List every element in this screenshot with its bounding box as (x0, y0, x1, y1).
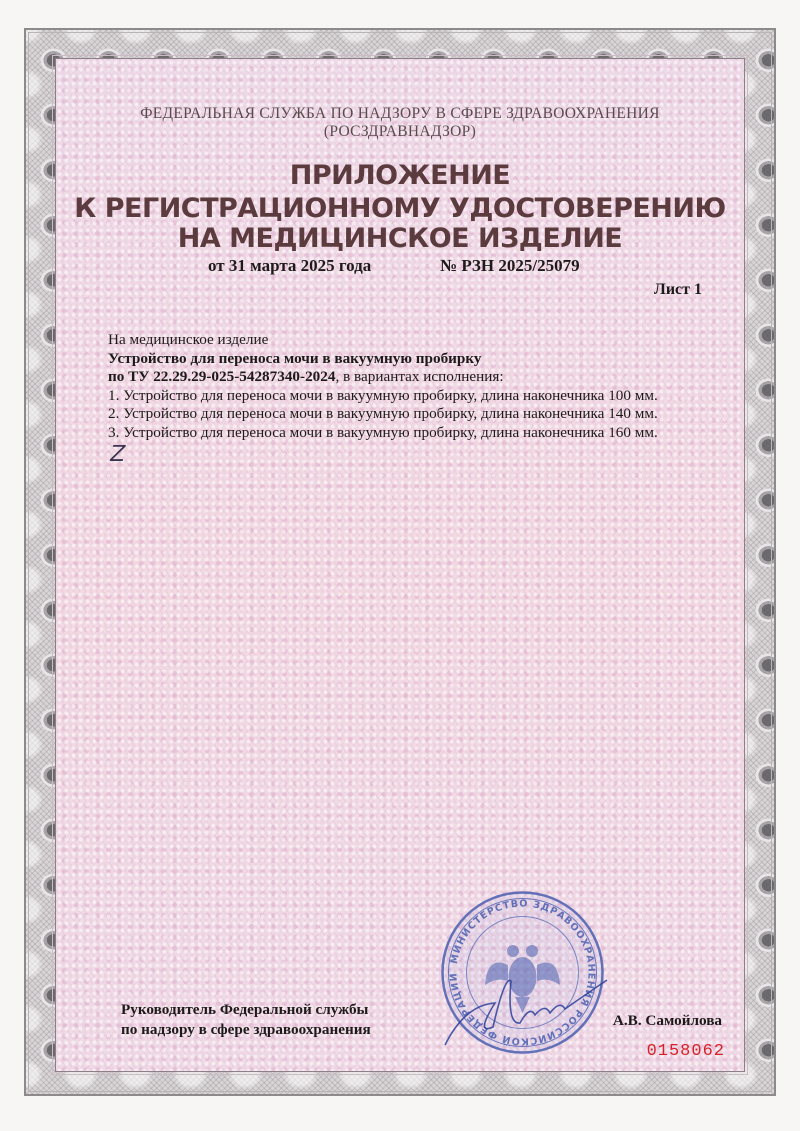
variant-item: 2. Устройство для переноса мочи в вакуум… (108, 405, 728, 424)
signatory-position-line1: Руководитель Федеральной службы (121, 1000, 371, 1020)
official-stamp-icon: МИНИСТЕРСТВО ЗДРАВООХРАНЕНИЯ РОССИЙСКОЙ … (435, 885, 610, 1060)
agency-abbreviation: (РОСЗДРАВНАДЗОР) (0, 122, 800, 142)
agency-name: ФЕДЕРАЛЬНАЯ СЛУЖБА ПО НАДЗОРУ В СФЕРЕ ЗД… (0, 104, 800, 124)
document-body: На медицинское изделие Устройство для пе… (108, 331, 728, 442)
document-title-line3: НА МЕДИЦИНСКОЕ ИЗДЕЛИЕ (0, 223, 800, 255)
issue-date: от 31 марта 2025 года (208, 256, 371, 276)
device-name-text: Устройство для переноса мочи в вакуумную… (108, 350, 482, 367)
device-name: Устройство для переноса мочи в вакуумную… (108, 350, 728, 369)
signatory-name: А.В. Самойлова (613, 1012, 722, 1030)
sheet-number: Лист 1 (654, 281, 702, 299)
signatory-position-line2: по надзору в сфере здравоохранения (121, 1020, 371, 1040)
signatory-position: Руководитель Федеральной службы по надзо… (121, 1000, 371, 1040)
spec-line: по ТУ 22.29.29-025-54287340-2024, в вари… (108, 368, 728, 387)
document-title-line1: ПРИЛОЖЕНИЕ (0, 160, 800, 192)
registration-number: № РЗН 2025/25079 (440, 256, 580, 276)
variant-item: 3. Устройство для переноса мочи в вакуум… (108, 424, 728, 443)
spec-rest: , в вариантах исполнения: (335, 368, 503, 385)
document-title-line2: К РЕГИСТРАЦИОННОМУ УДОСТОВЕРЕНИЮ (0, 193, 800, 225)
spec-code: по ТУ 22.29.29-025-54287340-2024 (108, 368, 335, 385)
serial-number: 0158062 (647, 1042, 725, 1061)
variant-item: 1. Устройство для переноса мочи в вакуум… (108, 387, 728, 406)
intro-text: На медицинское изделие (108, 331, 728, 350)
